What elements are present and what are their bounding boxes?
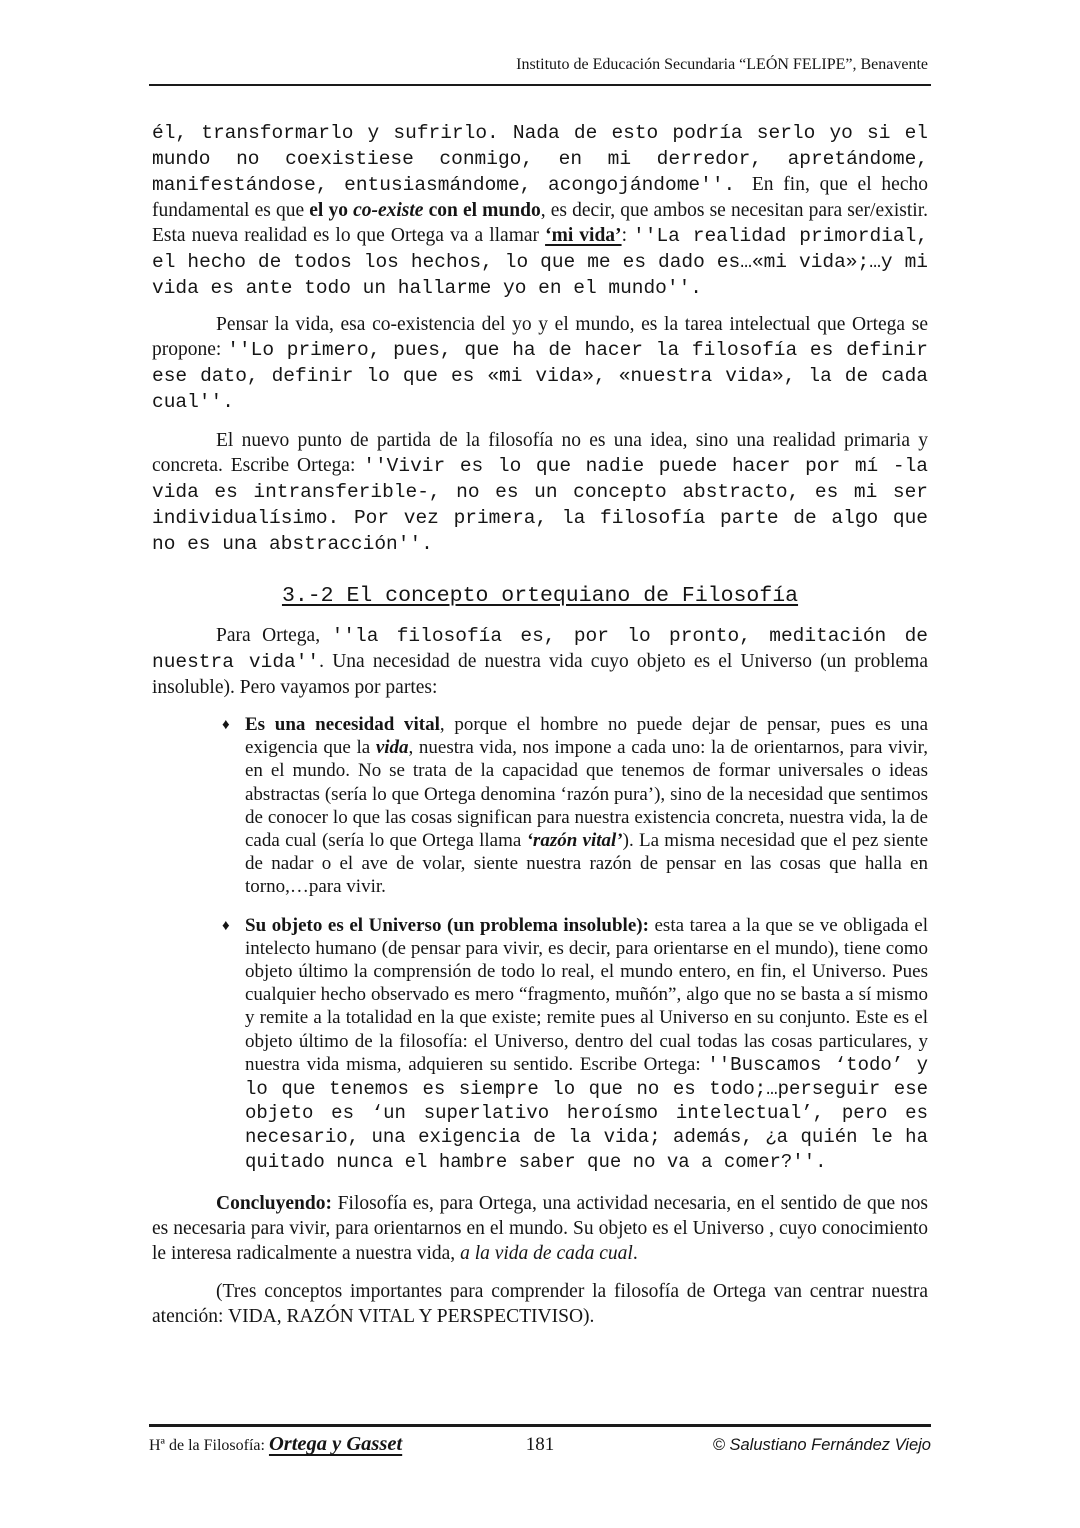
bold-phrase: Concluyendo: [216, 1193, 332, 1214]
body-text: : [622, 225, 633, 246]
list-item-objeto-universo: ♦Su objeto es el Universo (un problema i… [152, 914, 928, 1174]
section-heading: 3.-2 El concepto ortequiano de Filosofía [152, 584, 928, 608]
italic-phrase: a la vida de cada cual [460, 1243, 633, 1264]
footer-course-label: Hª de la Filosofía: [149, 1437, 269, 1454]
body-text: Para Ortega, [216, 625, 332, 646]
list-item-necesidad-vital: ♦Es una necesidad vital, porque el hombr… [152, 713, 928, 899]
page-number: 181 [526, 1434, 555, 1456]
bullet-lead-bold: Su objeto es el Universo (un problema in… [245, 915, 649, 936]
bold-phrase: el yo [309, 200, 353, 221]
paragraph-quote-coexist: él, transformarlo y sufrirlo. Nada de es… [152, 120, 928, 301]
footer-course: Hª de la Filosofía: Ortega y Gasset [149, 1433, 526, 1456]
bullet-lead-bold: Es una necesidad vital [245, 714, 440, 735]
header-rule [149, 84, 931, 86]
page-header-institution: Instituto de Educación Secundaria “LEÓN … [516, 56, 928, 74]
body-text: (Tres conceptos importantes para compren… [152, 1281, 928, 1327]
bold-italic-phrase: vida [376, 737, 409, 758]
bullet-list: ♦Es una necesidad vital, porque el hombr… [152, 713, 928, 1174]
bold-italic-phrase: co-existe [353, 200, 423, 221]
paragraph-tres-conceptos: (Tres conceptos importantes para compren… [152, 1279, 928, 1329]
key-term-razon-vital: ‘razón vital’ [527, 830, 623, 851]
section-heading-text: 3.-2 El concepto ortequiano de Filosofía [282, 584, 798, 608]
footer-row: Hª de la Filosofía: Ortega y Gasset 181 … [149, 1433, 931, 1456]
body-text: . [633, 1243, 638, 1264]
paragraph-concluyendo: Concluyendo: Filosofía es, para Ortega, … [152, 1191, 928, 1266]
document-body: él, transformarlo y sufrirlo. Nada de es… [152, 120, 928, 1329]
paragraph-para-ortega: Para Ortega, ''la filosofía es, por lo p… [152, 623, 928, 700]
body-text: esta tarea a la que se ve obligada el in… [245, 915, 928, 1075]
bold-phrase: con el mundo [423, 200, 540, 221]
paragraph-pensar-la-vida: Pensar la vida, esa co-existencia del yo… [152, 312, 928, 415]
footer-copyright-wrap: © Salustiano Fernández Viejo [554, 1436, 931, 1455]
quote-mono: ''Lo primero, pues, que ha de hacer la f… [152, 339, 928, 413]
footer-course-subject: Ortega y Gasset [269, 1433, 402, 1455]
footer-copyright: © Salustiano Fernández Viejo [713, 1436, 931, 1454]
diamond-bullet-icon: ♦ [222, 714, 230, 737]
diamond-bullet-icon: ♦ [222, 915, 230, 938]
key-term-mi-vida: ‘mi vida’ [545, 225, 621, 246]
document-page: Instituto de Educación Secundaria “LEÓN … [0, 0, 1080, 1528]
page-footer: Hª de la Filosofía: Ortega y Gasset 181 … [149, 1424, 931, 1456]
paragraph-nuevo-punto: El nuevo punto de partida de la filosofí… [152, 428, 928, 557]
